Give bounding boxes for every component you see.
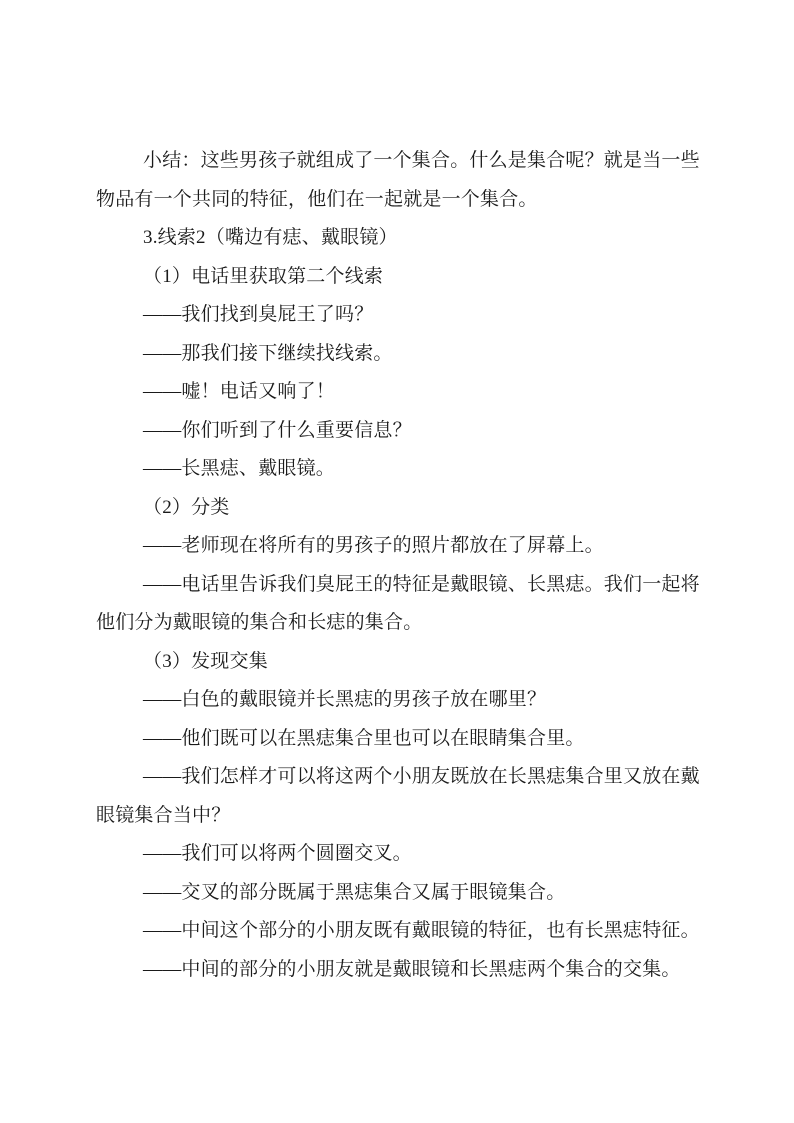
- paragraph: 小结：这些男孩子就组成了一个集合。什么是集合呢？就是当一些 物品有一个共同的特征…: [96, 142, 704, 219]
- paragraph: （2）分类: [96, 489, 704, 528]
- text-line: 3.线索2（嘴边有痣、戴眼镜）: [96, 219, 704, 258]
- paragraph: ——嘘！电话又响了！: [96, 373, 704, 412]
- paragraph: （1）电话里获取第二个线索: [96, 258, 704, 297]
- text-line: ——电话里告诉我们臭屁王的特征是戴眼镜、长黑痣。我们一起将: [96, 566, 704, 605]
- text-line: （3）发现交集: [96, 643, 704, 682]
- paragraph: （3）发现交集: [96, 643, 704, 682]
- text-line: 物品有一个共同的特征，他们在一起就是一个集合。: [96, 181, 704, 220]
- text-line: ——长黑痣、戴眼镜。: [96, 450, 704, 489]
- text-line: 眼镜集合当中？: [96, 797, 704, 836]
- text-line: （1）电话里获取第二个线索: [96, 258, 704, 297]
- paragraph: 3.线索2（嘴边有痣、戴眼镜）: [96, 219, 704, 258]
- paragraph: ——他们既可以在黑痣集合里也可以在眼睛集合里。: [96, 720, 704, 759]
- text-line: ——那我们接下继续找线索。: [96, 335, 704, 374]
- text-line: （2）分类: [96, 489, 704, 528]
- text-line: ——中间的部分的小朋友就是戴眼镜和长黑痣两个集合的交集。: [96, 951, 704, 990]
- paragraph: ——那我们接下继续找线索。: [96, 335, 704, 374]
- paragraph: ——我们找到臭屁王了吗？: [96, 296, 704, 335]
- paragraph: ——我们可以将两个圆圈交叉。: [96, 835, 704, 874]
- text-line: ——交叉的部分既属于黑痣集合又属于眼镜集合。: [96, 874, 704, 913]
- paragraph: ——长黑痣、戴眼镜。: [96, 450, 704, 489]
- paragraph: ——中间的部分的小朋友就是戴眼镜和长黑痣两个集合的交集。: [96, 951, 704, 990]
- paragraph: ——你们听到了什么重要信息？: [96, 412, 704, 451]
- text-line: ——我们找到臭屁王了吗？: [96, 296, 704, 335]
- text-line: ——你们听到了什么重要信息？: [96, 412, 704, 451]
- text-line: ——我们怎样才可以将这两个小朋友既放在长黑痣集合里又放在戴: [96, 758, 704, 797]
- paragraph: ——老师现在将所有的男孩子的照片都放在了屏幕上。: [96, 527, 704, 566]
- paragraph: ——交叉的部分既属于黑痣集合又属于眼镜集合。: [96, 874, 704, 913]
- text-line: ——他们既可以在黑痣集合里也可以在眼睛集合里。: [96, 720, 704, 759]
- text-line: 他们分为戴眼镜的集合和长痣的集合。: [96, 604, 704, 643]
- paragraph: ——中间这个部分的小朋友既有戴眼镜的特征，也有长黑痣特征。: [96, 912, 704, 951]
- text-line: 小结：这些男孩子就组成了一个集合。什么是集合呢？就是当一些: [96, 142, 704, 181]
- paragraph: ——电话里告诉我们臭屁王的特征是戴眼镜、长黑痣。我们一起将 他们分为戴眼镜的集合…: [96, 566, 704, 643]
- document-page: 小结：这些男孩子就组成了一个集合。什么是集合呢？就是当一些 物品有一个共同的特征…: [0, 0, 794, 1123]
- text-line: ——我们可以将两个圆圈交叉。: [96, 835, 704, 874]
- text-line: ——中间这个部分的小朋友既有戴眼镜的特征，也有长黑痣特征。: [96, 912, 704, 951]
- document-body: 小结：这些男孩子就组成了一个集合。什么是集合呢？就是当一些 物品有一个共同的特征…: [96, 142, 704, 989]
- text-line: ——嘘！电话又响了！: [96, 373, 704, 412]
- paragraph: ——我们怎样才可以将这两个小朋友既放在长黑痣集合里又放在戴 眼镜集合当中？: [96, 758, 704, 835]
- text-line: ——白色的戴眼镜并长黑痣的男孩子放在哪里？: [96, 681, 704, 720]
- text-line: ——老师现在将所有的男孩子的照片都放在了屏幕上。: [96, 527, 704, 566]
- paragraph: ——白色的戴眼镜并长黑痣的男孩子放在哪里？: [96, 681, 704, 720]
